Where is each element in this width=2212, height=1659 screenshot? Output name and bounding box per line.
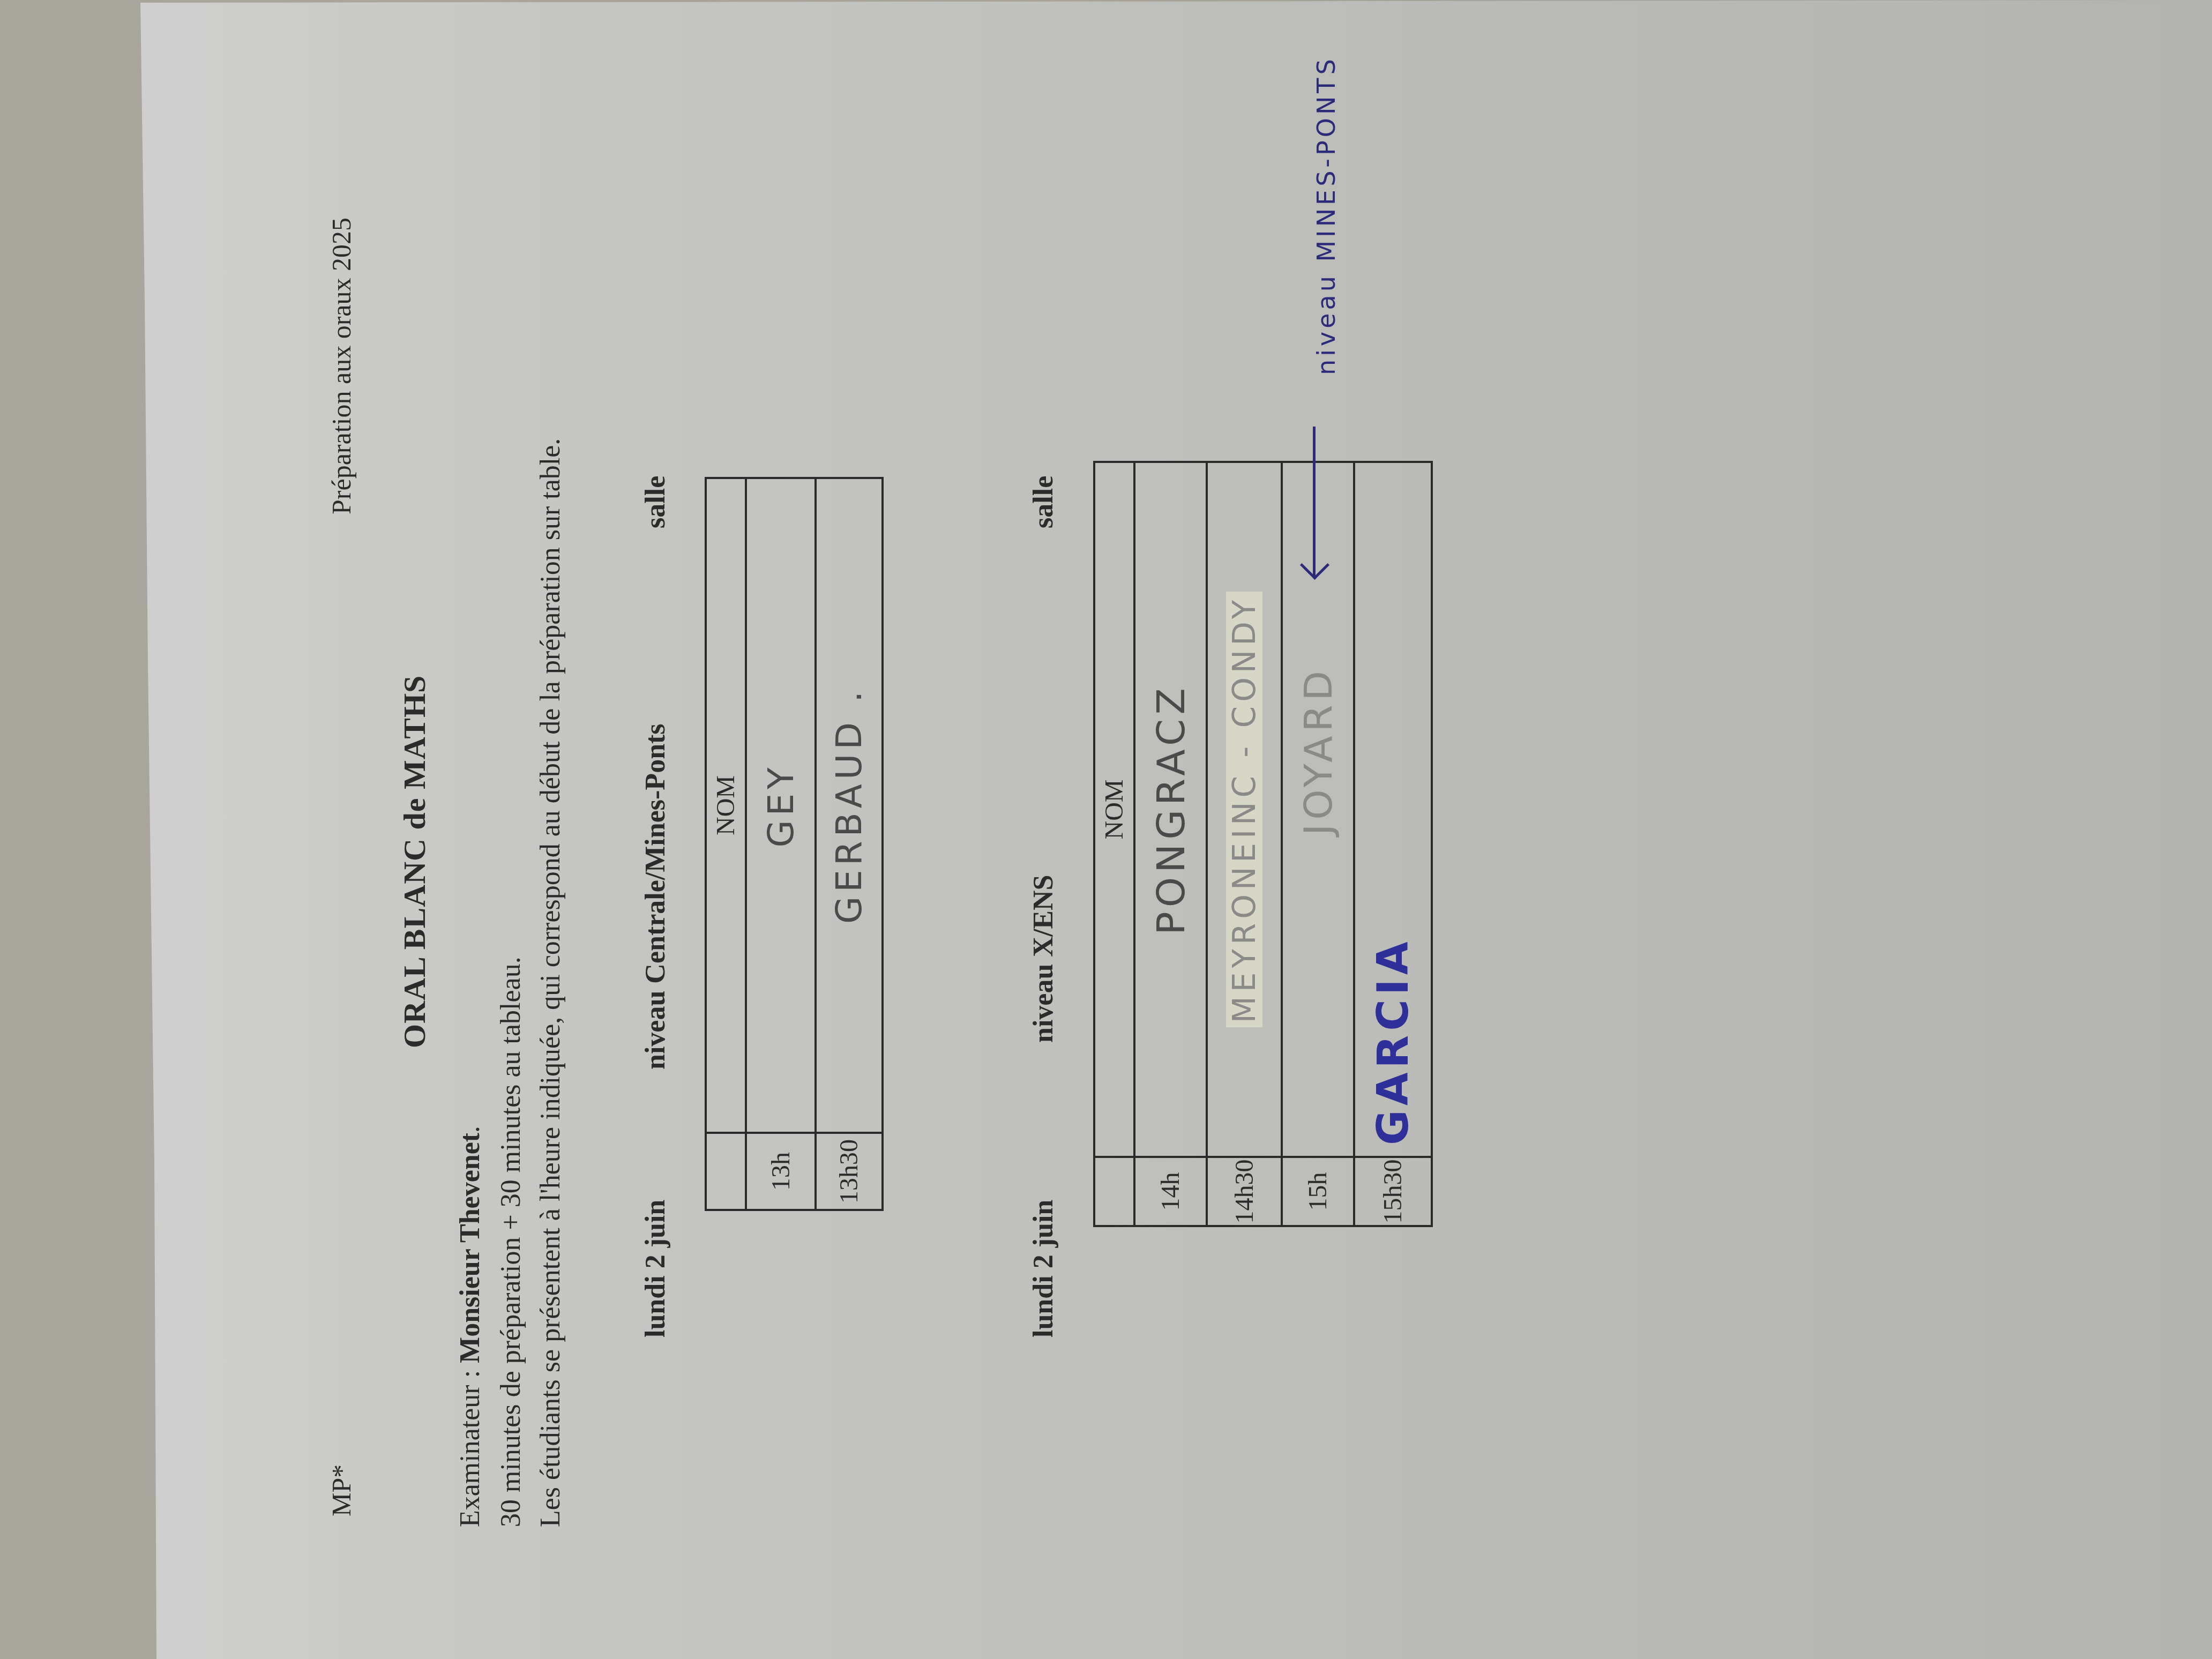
- handwritten-name: GARCIA: [1368, 937, 1418, 1145]
- handwritten-name: MEYRONEINC - CONDY: [1226, 592, 1262, 1027]
- name-cell: GEY: [746, 478, 816, 1133]
- name-cell: MEYRONEINC - CONDY: [1207, 462, 1282, 1157]
- name-header-cell: NOM: [706, 478, 746, 1133]
- instructions-line: Les étudiants se présentent à l'heure in…: [537, 438, 565, 1527]
- table-header-row: NOM: [1094, 462, 1134, 1226]
- session-1-level: niveau Centrale/Mines-Ponts: [642, 723, 670, 1070]
- session-2-table: NOM 14h PONGRACZ 14h30 MEYRONEINC - COND…: [1093, 461, 1433, 1227]
- table-row: 14h30 MEYRONEINC - CONDY: [1207, 462, 1282, 1226]
- session-2-date: lundi 2 juin: [1030, 1200, 1058, 1337]
- class-label: MP*: [328, 1464, 355, 1516]
- page-title: ORAL BLANC de MATHS: [399, 675, 430, 1048]
- handwritten-name: GEY: [760, 763, 802, 847]
- table-row: 13h30 GERBAUD .: [816, 478, 883, 1210]
- session-1-date: lundi 2 juin: [642, 1200, 670, 1337]
- table-row: 14h PONGRACZ: [1134, 462, 1207, 1226]
- name-cell: GARCIA: [1354, 462, 1432, 1157]
- name-cell: GERBAUD .: [816, 478, 883, 1133]
- examiner-prefix: Examinateur :: [455, 1363, 485, 1527]
- header-right-label: Préparation aux oraux 2025: [328, 218, 355, 514]
- duration-line: 30 minutes de préparation + 30 minutes a…: [497, 956, 525, 1527]
- handwritten-name: PONGRACZ: [1148, 684, 1193, 935]
- time-cell: 13h30: [816, 1133, 883, 1210]
- session-1-table: NOM 13h GEY 13h30 GERBAUD .: [705, 477, 884, 1211]
- time-header-cell: [706, 1133, 746, 1210]
- examiner-suffix: .: [455, 1126, 485, 1133]
- table-header-row: NOM: [706, 478, 746, 1210]
- name-cell: PONGRACZ: [1134, 462, 1207, 1157]
- name-header-cell: NOM: [1094, 462, 1134, 1157]
- session-1-room: salle: [642, 476, 670, 528]
- session-2-room: salle: [1030, 476, 1058, 528]
- handwritten-name: JOYARD: [1296, 667, 1341, 835]
- session-2-level: niveau X/ENS: [1030, 875, 1058, 1043]
- handwritten-annotation: niveau MINES-PONTS: [1314, 56, 1339, 375]
- time-cell: 15h: [1282, 1157, 1354, 1226]
- examiner-name: Monsieur Thevenet: [455, 1133, 485, 1363]
- time-cell: 14h: [1134, 1157, 1207, 1226]
- time-cell: 13h: [746, 1133, 816, 1210]
- time-cell: 15h30: [1354, 1157, 1432, 1226]
- time-cell: 14h30: [1207, 1157, 1282, 1226]
- table-row: 13h GEY: [746, 478, 816, 1210]
- photo-stage: MP* Préparation aux oraux 2025 ORAL BLAN…: [0, 0, 2212, 1659]
- table-row: 15h30 GARCIA: [1354, 462, 1432, 1226]
- document-page: MP* Préparation aux oraux 2025 ORAL BLAN…: [0, 0, 2212, 1659]
- examiner-line: Examinateur : Monsieur Thevenet.: [457, 1126, 484, 1527]
- time-header-cell: [1094, 1157, 1134, 1226]
- handwritten-name: GERBAUD .: [828, 687, 870, 924]
